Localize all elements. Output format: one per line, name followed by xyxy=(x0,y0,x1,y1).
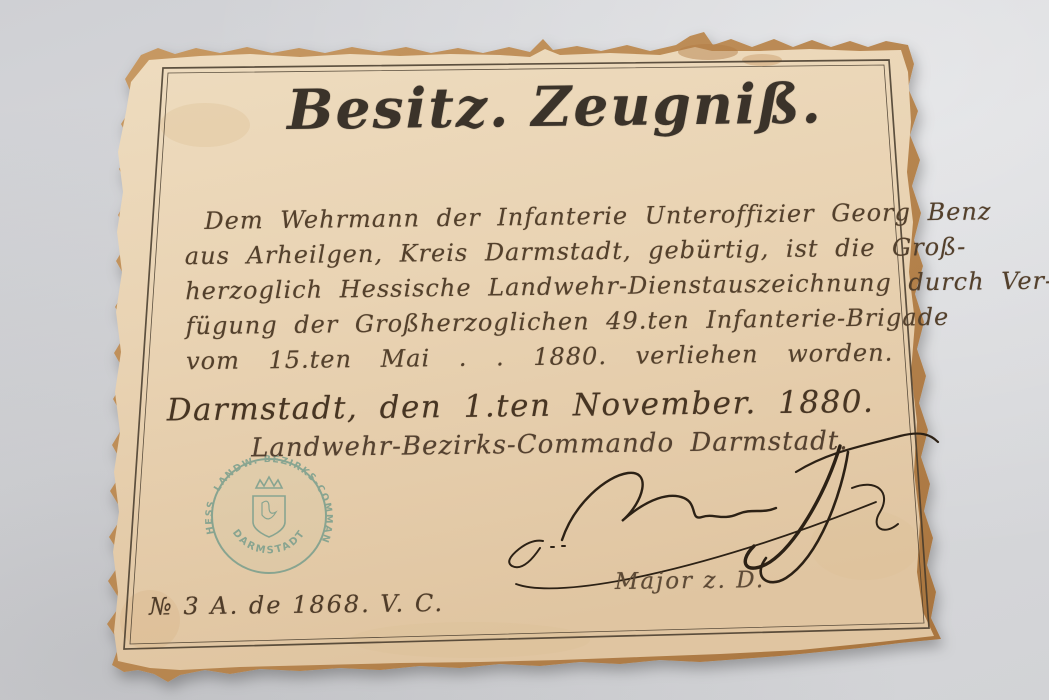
paper-stain xyxy=(160,103,250,147)
photo-of-certificate: GR. HESS. LANDW. BEZIRKS-COMMANDO DARMST… xyxy=(0,0,1049,700)
paper-stain xyxy=(120,590,180,650)
paper-stain xyxy=(742,54,782,66)
paper-graphic-layer: GR. HESS. LANDW. BEZIRKS-COMMANDO DARMST… xyxy=(0,0,1049,700)
paper-stain xyxy=(678,44,738,60)
